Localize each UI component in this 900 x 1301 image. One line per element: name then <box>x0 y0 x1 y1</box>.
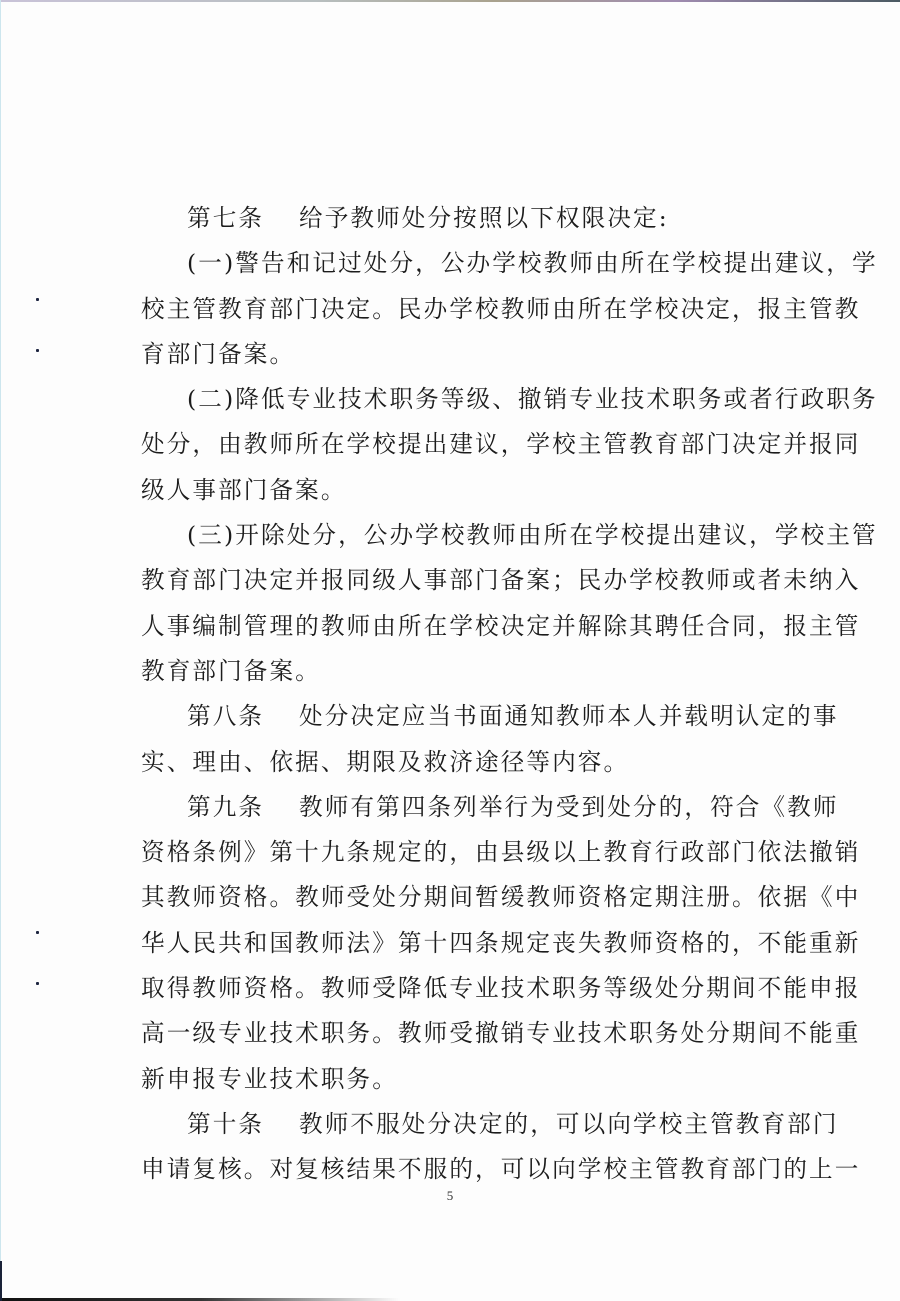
document-body: 第七条给予教师处分按照以下权限决定: (一)警告和记过处分，公办学校教师由所在学… <box>141 196 790 1193</box>
paragraph-line: (一)警告和记过处分，公办学校教师由所在学校提出建议，学 <box>141 241 790 286</box>
page-number: 5 <box>0 1188 900 1204</box>
paragraph-line: 资格条例》第十九条规定的，由县级以上教育行政部门依法撤销 <box>141 830 790 875</box>
paragraph-line: 人事编制管理的教师由所在学校决定并解除其聘任合同，报主管 <box>141 604 790 649</box>
paragraph-line: (三)开除处分，公办学校教师由所在学校提出建议，学校主管 <box>141 513 790 558</box>
article-text: 处分决定应当书面通知教师本人并载明认定的事 <box>299 702 839 730</box>
article-text: 给予教师处分按照以下权限决定: <box>299 204 669 232</box>
paragraph-line: 高一级专业技术职务。教师受撤销专业技术职务处分期间不能重 <box>141 1011 790 1056</box>
article-10-heading-line: 第十条教师不服处分决定的，可以向学校主管教育部门 <box>141 1102 790 1147</box>
paragraph-line: 华人民共和国教师法》第十四条规定丧失教师资格的，不能重新 <box>141 921 790 966</box>
binding-hole-mark <box>36 982 39 985</box>
article-heading: 第九条 <box>187 785 299 830</box>
paragraph-line: 育部门备案。 <box>141 332 790 377</box>
article-heading: 第八条 <box>187 694 299 739</box>
article-text: 教师不服处分决定的，可以向学校主管教育部门 <box>299 1110 839 1138</box>
article-heading: 第十条 <box>187 1102 299 1147</box>
paragraph-line: 其教师资格。教师受处分期间暂缓教师资格定期注册。依据《中 <box>141 875 790 920</box>
article-8-heading-line: 第八条处分决定应当书面通知教师本人并载明认定的事 <box>141 694 790 739</box>
article-9-heading-line: 第九条教师有第四条列举行为受到处分的，符合《教师 <box>141 785 790 830</box>
scan-edge-bottom-left <box>0 1261 2 1301</box>
article-7-heading-line: 第七条给予教师处分按照以下权限决定: <box>141 196 790 241</box>
paragraph-line: 处分，由教师所在学校提出建议，学校主管教育部门决定并报同 <box>141 422 790 467</box>
paragraph-line: (二)降低专业技术职务等级、撤销专业技术职务或者行政职务 <box>141 377 790 422</box>
article-text: 教师有第四条列举行为受到处分的，符合《教师 <box>299 793 839 821</box>
paragraph-line: 实、理由、依据、期限及救济途径等内容。 <box>141 740 790 785</box>
scan-edge-top <box>0 0 900 2</box>
article-heading: 第七条 <box>187 196 299 241</box>
paragraph-line: 校主管教育部门决定。民办学校教师由所在学校决定，报主管教 <box>141 287 790 332</box>
paragraph-line: 级人事部门备案。 <box>141 468 790 513</box>
paragraph-line: 教育部门决定并报同级人事部门备案；民办学校教师或者未纳入 <box>141 558 790 603</box>
binding-hole-mark <box>36 349 39 352</box>
binding-hole-mark <box>36 931 39 934</box>
binding-hole-mark <box>36 298 39 301</box>
paragraph-line: 教育部门备案。 <box>141 649 790 694</box>
paragraph-line: 申请复核。对复核结果不服的，可以向学校主管教育部门的上一 <box>141 1147 790 1192</box>
scan-edge-left <box>0 0 1 1301</box>
paragraph-line: 新申报专业技术职务。 <box>141 1057 790 1102</box>
paragraph-line: 取得教师资格。教师受降低专业技术职务等级处分期间不能申报 <box>141 966 790 1011</box>
